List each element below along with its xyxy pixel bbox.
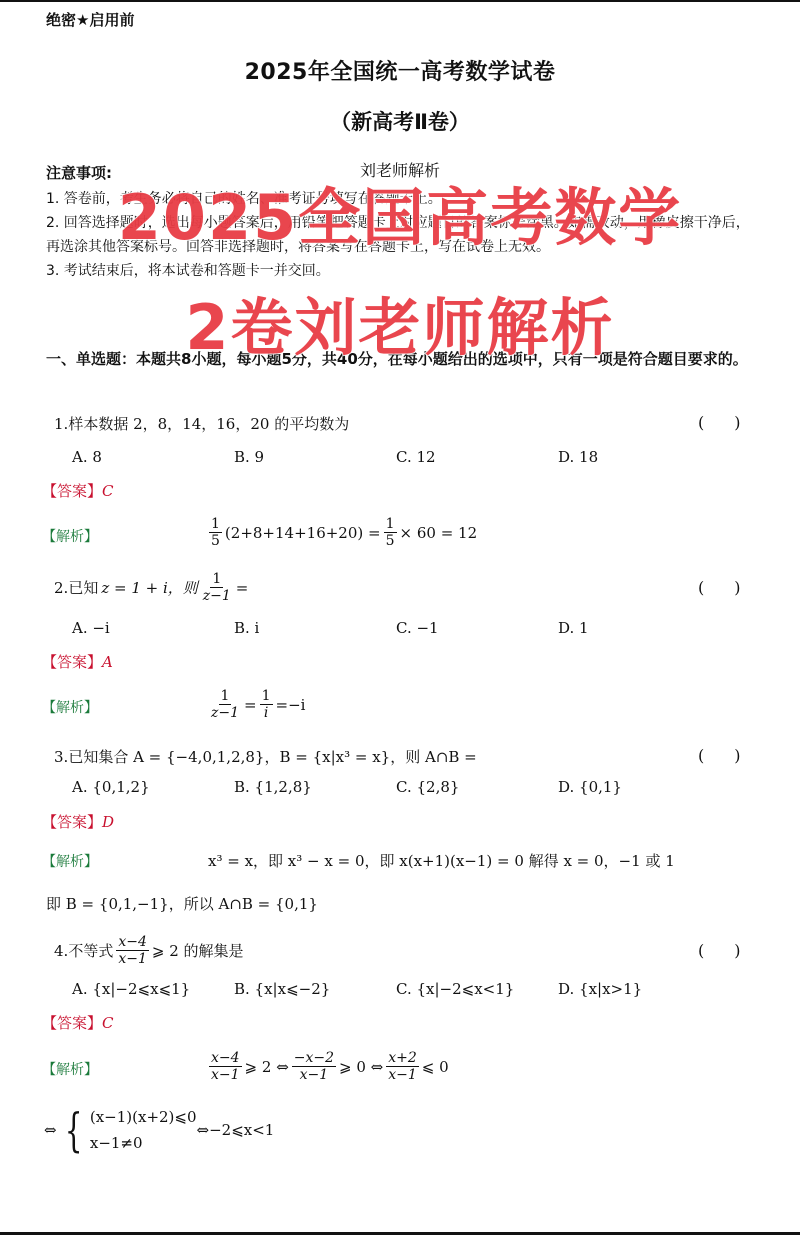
question-number: 4. [54,942,68,960]
option-a: A. {0,1,2} [72,778,150,796]
paren-close: ) [734,746,740,765]
option-c: C. 12 [396,448,436,466]
top-border [0,0,800,2]
system-line: x−1≠0 [90,1130,197,1156]
paren-close: ) [734,941,740,960]
question-3: 3. 已知集合 A = {−4,0,1,2,8}，B = {x|x³ = x}，… [54,746,477,767]
brace-icon: { [64,1107,82,1153]
fraction: 1z−1 [209,688,241,721]
notice-item: 3. 考试结束后，将本试卷和答题卡一并交回。 [46,259,758,283]
math-text: ⩾ 0 ⇔ [339,1058,383,1076]
fraction: x−4x−1 [116,934,149,967]
fraction: x+2x−1 [386,1050,419,1083]
answer-label: 【答案】 [42,1014,102,1032]
option-c: C. {2,8} [396,778,459,796]
equation-system: { (x−1)(x+2)⩽0 x−1≠0 [57,1104,197,1156]
question-number: 3. [54,748,68,766]
math-text: ⩾ 2 ⇔ [245,1058,289,1076]
analysis-label: 【解析】 [42,851,98,871]
analysis-q3-line2: 即 B = {0,1,−1}，所以 A∩B = {0,1} [46,893,318,914]
watermark-line-2: 2卷刘老师解析 [0,288,800,368]
analysis-q1: 15 (2+8+14+16+20) = 15 × 60 = 12 [206,516,477,549]
analysis-label: 【解析】 [42,697,98,717]
math-text: ⩽ 0 [422,1058,449,1076]
fraction: 15 [384,516,397,549]
analysis-q3-line1: x³ = x，即 x³ − x = 0，即 x(x+1)(x−1) = 0 解得… [208,850,675,871]
question-1: 1. 样本数据 2，8，14，16，20 的平均数为 [54,413,349,434]
option-b: B. {x|x⩽−2} [234,980,330,998]
answer-line-q3: 【答案】D [42,811,114,832]
math-text: ⇔ [44,1121,57,1139]
question-stem: 不等式 [68,940,113,961]
system-line: (x−1)(x+2)⩽0 [90,1104,197,1130]
math-text: ⇔−2⩽x<1 [197,1121,275,1139]
fraction: 1z−1 [201,571,233,604]
page-title: 2025年全国统一高考数学试卷 [0,55,800,86]
paren-open: ( [698,413,704,432]
answer-blank: () [698,413,741,432]
option-d: D. 18 [558,448,598,466]
math-text: = [244,696,257,714]
fraction: 1i [260,688,273,721]
option-a: A. 8 [72,448,102,466]
answer-label: 【答案】 [42,482,102,500]
fraction: −x−2x−1 [292,1050,336,1083]
paren-open: ( [698,941,704,960]
question-stem: 已知集合 A = {−4,0,1,2,8}，B = {x|x³ = x}，则 A… [68,746,476,767]
analysis-label: 【解析】 [42,1059,98,1079]
paren-close: ) [734,413,740,432]
answer-line-q4: 【答案】C [42,1012,114,1033]
question-stem: 样本数据 2，8，14，16，20 的平均数为 [68,413,349,434]
analysis-q2: 1z−1 = 1i =−i [206,688,305,721]
answer-value: C [102,482,113,500]
answer-value: D [102,813,114,831]
answer-value: C [102,1014,113,1032]
question-stem: 已知 [68,577,98,598]
paren-open: ( [698,578,704,597]
math-text: × 60 = 12 [400,524,478,542]
answer-blank: () [698,746,741,765]
answer-line-q2: 【答案】A [42,651,113,672]
question-math: z = 1 + i，则 [101,577,197,598]
option-d: D. {x|x>1} [558,980,642,998]
question-stem: ⩾ 2 的解集是 [152,940,244,961]
option-c: C. {x|−2⩽x<1} [396,980,514,998]
answer-value: A [102,653,113,671]
answer-label: 【答案】 [42,653,102,671]
fraction: x−4x−1 [209,1050,242,1083]
option-d: D. {0,1} [558,778,622,796]
answer-blank: () [698,578,741,597]
analysis-label: 【解析】 [42,526,98,546]
answer-blank: () [698,941,741,960]
answer-line-q1: 【答案】C [42,480,114,501]
option-b: B. i [234,619,259,637]
option-b: B. {1,2,8} [234,778,312,796]
option-a: A. {x|−2⩽x⩽1} [72,980,190,998]
option-c: C. −1 [396,619,439,637]
math-text: =−i [276,696,306,714]
fraction: 15 [209,516,222,549]
paren-close: ) [734,578,740,597]
question-2: 2. 已知 z = 1 + i，则 1z−1 = [54,571,248,604]
question-number: 1. [54,415,68,433]
math-text: (2+8+14+16+20) = [225,524,381,542]
question-4: 4. 不等式 x−4x−1 ⩾ 2 的解集是 [54,934,244,967]
analysis-q4-line1: x−4x−1 ⩾ 2 ⇔ −x−2x−1 ⩾ 0 ⇔ x+2x−1 ⩽ 0 [206,1050,449,1083]
page-subtitle: （新高考Ⅱ卷） [0,106,800,136]
secret-mark: 绝密★启用前 [46,9,134,30]
answer-label: 【答案】 [42,813,102,831]
option-a: A. −i [72,619,110,637]
option-b: B. 9 [234,448,264,466]
question-math: = [236,579,249,597]
watermark-line-1: 2025全国高考数学 [0,178,800,258]
paren-open: ( [698,746,704,765]
question-number: 2. [54,579,68,597]
analysis-q4-system: ⇔ { (x−1)(x+2)⩽0 x−1≠0 ⇔−2⩽x<1 [44,1104,274,1156]
option-d: D. 1 [558,619,589,637]
